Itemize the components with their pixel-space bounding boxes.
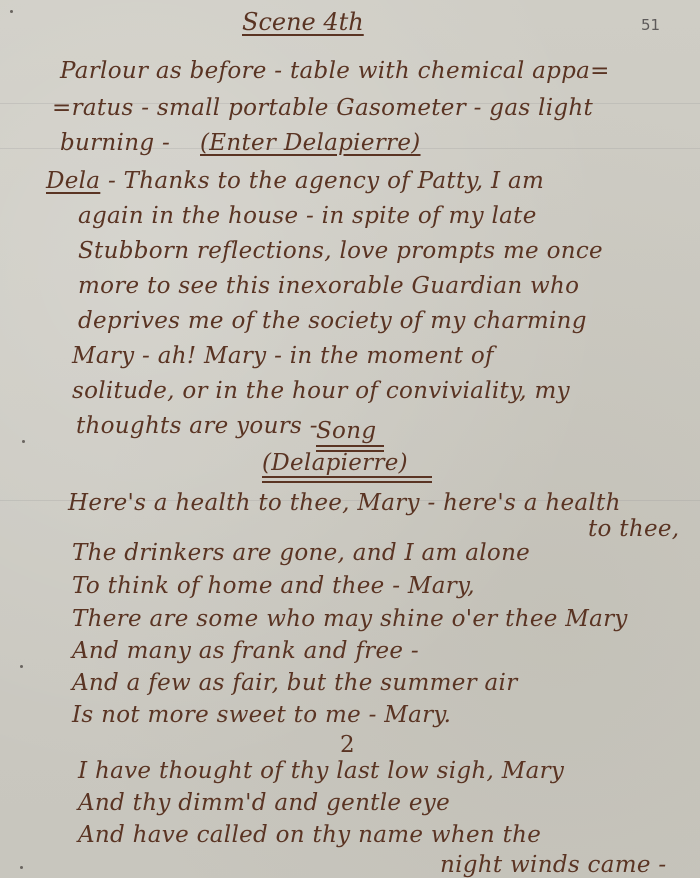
verse-line: Here's a health to thee, Mary - here's a… [68,490,621,516]
verse-line: There are some who may shine o'er thee M… [72,606,628,632]
speech-text: - Thanks to the agency of Patty, I am [100,168,544,194]
song-title: Song [316,418,376,444]
speech-line: solitude, or in the hour of conviviality… [72,378,570,404]
verse-line: To think of home and thee - Mary, [72,573,475,599]
verse-line: The drinkers are gone, and I am alone [72,540,530,566]
song-singer-underline [262,476,432,478]
paper-speck [20,866,23,869]
paper-speck [10,10,13,13]
paper-speck [22,440,25,443]
verse-line: And have called on thy name when the [78,822,541,848]
song-title-underline [316,445,384,447]
stage-direction-line: =ratus - small portable Gasometer - gas … [52,95,593,121]
verse-line-continuation: to thee, [588,516,679,542]
verse-number: 2 [340,732,355,758]
speech-line: again in the house - in spite of my late [78,203,537,229]
verse-line: And thy dimm'd and gentle eye [78,790,450,816]
speech-line: more to see this inexorable Guardian who [78,273,579,299]
verse-line-continuation: night winds came - [440,852,666,878]
speech-line: thoughts are yours - [76,413,318,439]
entrance-direction: (Enter Delapierre) [200,130,421,156]
speaker-name: Dela [46,168,100,194]
speech-line: deprives me of the society of my charmin… [78,308,587,334]
verse-line: Is not more sweet to me - Mary. [72,702,451,728]
song-singer-underline [262,481,432,483]
speech-line-first: Dela - Thanks to the agency of Patty, I … [46,168,544,194]
speech-line: Stubborn reflections, love prompts me on… [78,238,603,264]
verse-line: And a few as fair, but the summer air [72,670,517,696]
verse-line: And many as frank and free - [72,638,419,664]
song-singer: (Delapierre) [262,450,408,476]
stage-direction-line: Parlour as before - table with chemical … [60,58,610,84]
paper-speck [20,665,23,668]
manuscript-page: 51 Scene 4th Parlour as before - table w… [0,0,700,878]
speech-line: Mary - ah! Mary - in the moment of [72,343,494,369]
scene-heading: Scene 4th [242,8,364,36]
stage-direction-line: burning - [60,130,170,156]
folio-number: 51 [641,16,660,34]
verse-line: I have thought of thy last low sigh, Mar… [78,758,564,784]
